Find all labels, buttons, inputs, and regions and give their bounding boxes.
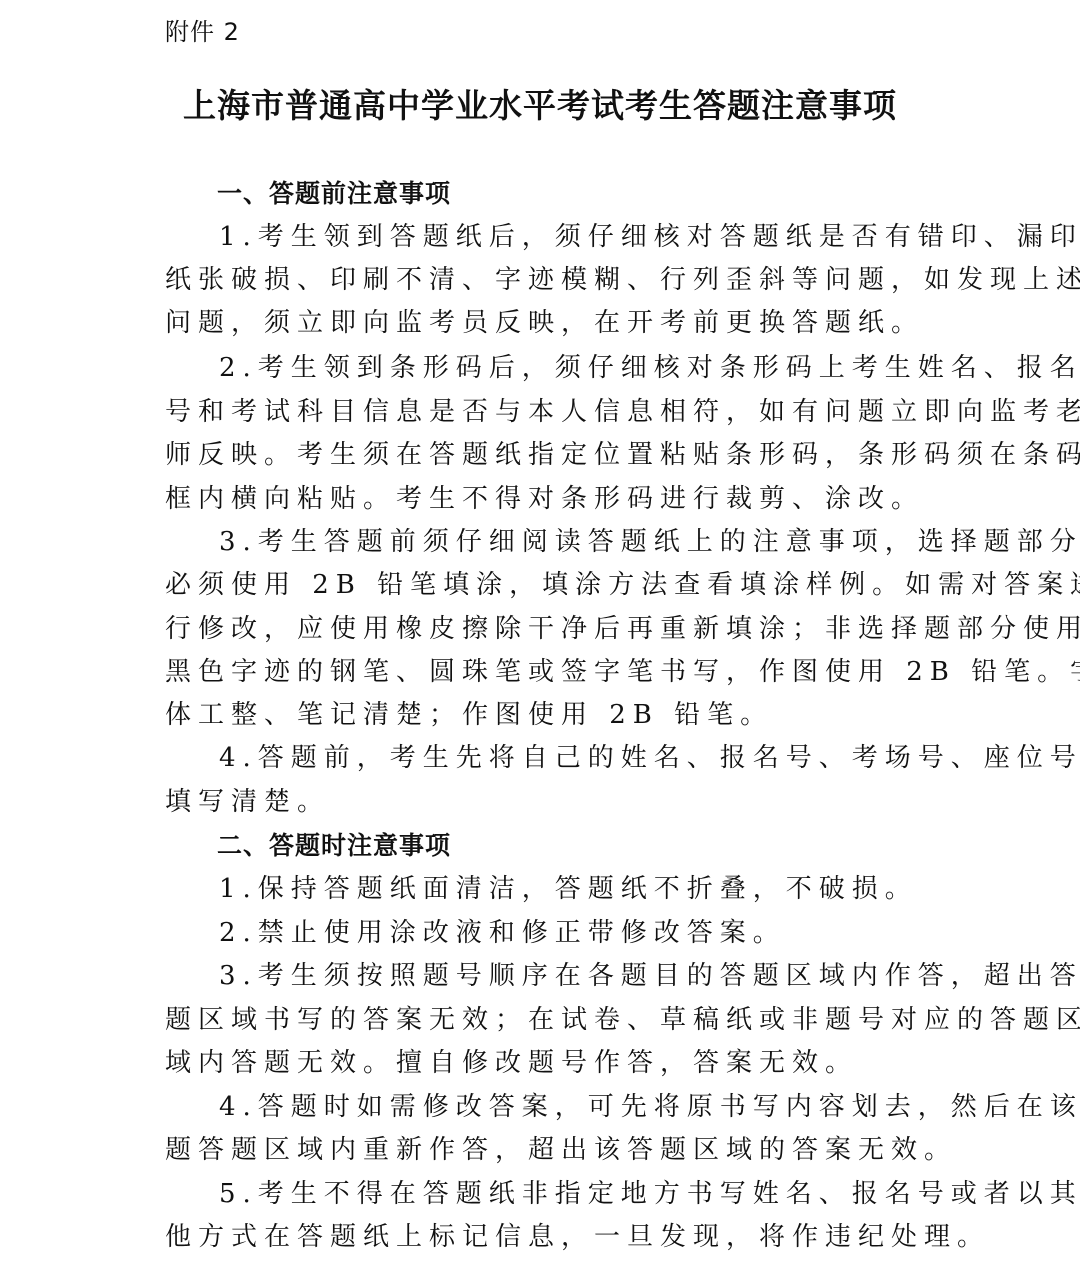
document-title: 上海市普通高中学业水平考试考生答题注意事项: [0, 84, 1080, 128]
paragraph-line: 1.保持答题纸面清洁，答题纸不折叠，不破损。: [219, 871, 918, 907]
paragraph-line: 2.禁止使用涂改液和修正带修改答案。: [219, 915, 786, 951]
attachment-label: 附件 2: [165, 14, 240, 50]
paragraph-line: 1.考生领到答题纸后，须仔细核对答题纸是否有错印、漏印、: [219, 219, 1080, 255]
section-heading-during-answering: 二、答题时注意事项: [217, 828, 451, 864]
paragraph-line: 他方式在答题纸上标记信息，一旦发现，将作违纪处理。: [165, 1219, 990, 1255]
paragraph-line: 问题，须立即向监考员反映，在开考前更换答题纸。: [165, 305, 924, 341]
paragraph-line: 3.考生须按照题号顺序在各题目的答题区域内作答，超出答: [219, 958, 1080, 994]
paragraph-line: 2.考生领到条形码后，须仔细核对条形码上考生姓名、报名: [219, 350, 1080, 386]
paragraph-line: 4.答题前，考生先将自己的姓名、报名号、考场号、座位号: [219, 740, 1080, 776]
paragraph-line: 纸张破损、印刷不清、字迹模糊、行列歪斜等问题，如发现上述: [165, 262, 1080, 298]
paragraph-line: 5.考生不得在答题纸非指定地方书写姓名、报名号或者以其: [219, 1176, 1080, 1212]
paragraph-line: 师反映。考生须在答题纸指定位置粘贴条形码，条形码须在条码: [165, 437, 1080, 473]
paragraph-line: 4.答题时如需修改答案，可先将原书写内容划去，然后在该: [219, 1089, 1080, 1125]
paragraph-line: 题区域书写的答案无效；在试卷、草稿纸或非题号对应的答题区: [165, 1002, 1080, 1038]
paragraph-line: 必须使用 2B 铅笔填涂，填涂方法查看填涂样例。如需对答案进: [165, 567, 1080, 603]
paragraph-line: 题答题区域内重新作答，超出该答题区域的答案无效。: [165, 1132, 957, 1168]
paragraph-line: 域内答题无效。擅自修改题号作答，答案无效。: [165, 1045, 858, 1081]
paragraph-line: 框内横向粘贴。考生不得对条形码进行裁剪、涂改。: [165, 481, 924, 517]
paragraph-line: 行修改，应使用橡皮擦除干净后再重新填涂；非选择题部分使用: [165, 611, 1080, 647]
paragraph-line: 黑色字迹的钢笔、圆珠笔或签字笔书写，作图使用 2B 铅笔。字: [165, 654, 1080, 690]
paragraph-line: 体工整、笔记清楚；作图使用 2B 铅笔。: [165, 697, 773, 733]
paragraph-line: 填写清楚。: [165, 784, 330, 820]
section-heading-before-answering: 一、答题前注意事项: [217, 176, 451, 212]
paragraph-line: 3.考生答题前须仔细阅读答题纸上的注意事项，选择题部分: [219, 524, 1080, 560]
paragraph-line: 号和考试科目信息是否与本人信息相符，如有问题立即向监考老: [165, 394, 1080, 430]
